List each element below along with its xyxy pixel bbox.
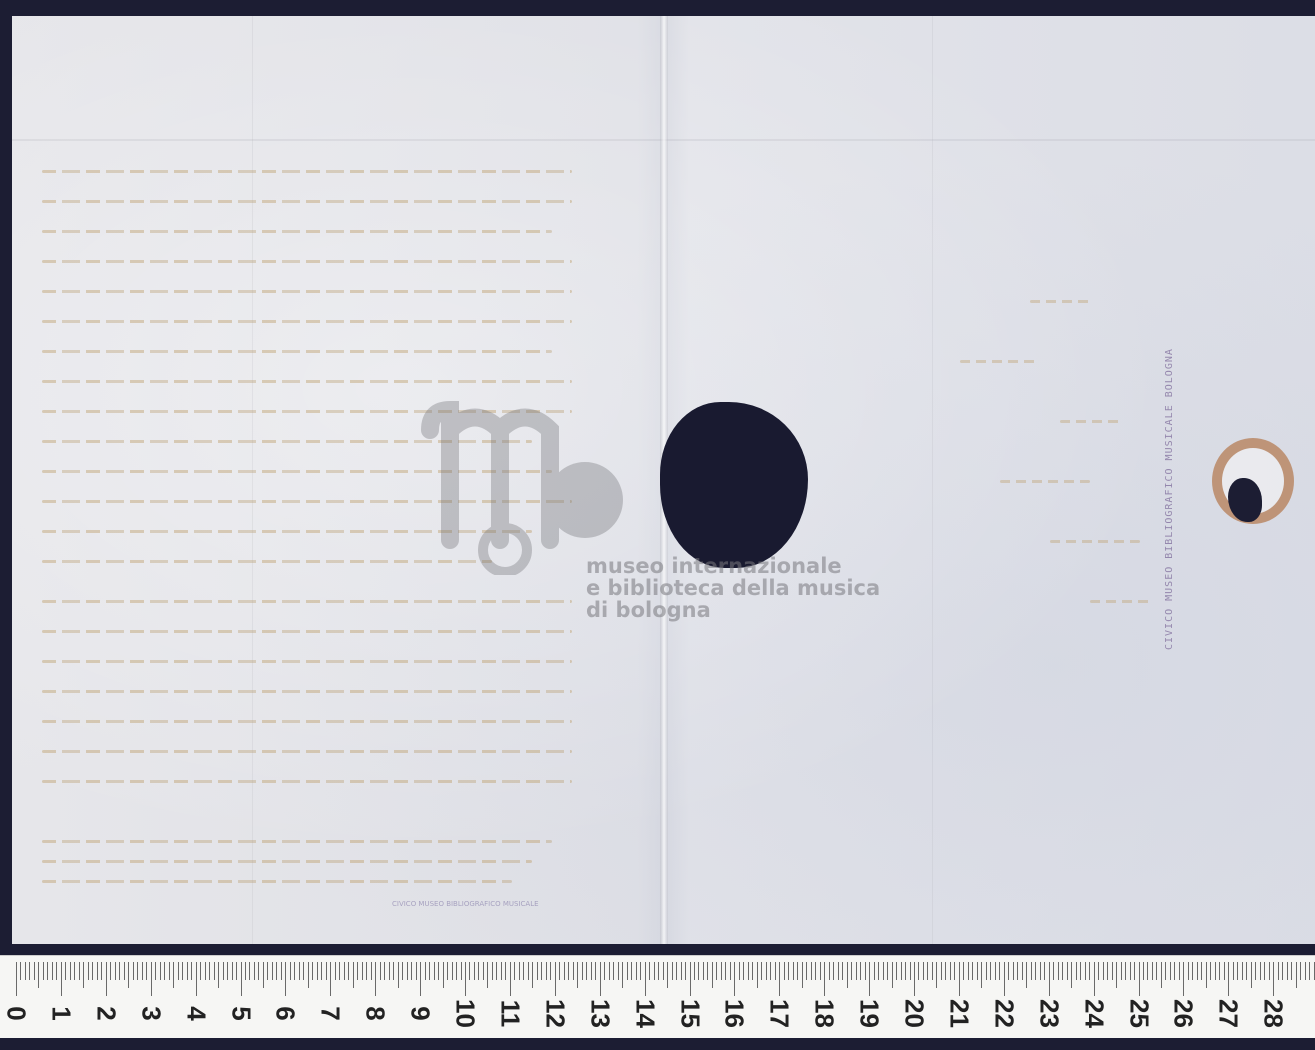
ruler-tick	[1022, 962, 1023, 980]
ruler-tick	[402, 962, 403, 980]
script-line	[42, 260, 572, 263]
ruler-tick	[1152, 962, 1153, 980]
ruler-tick	[694, 962, 695, 980]
ruler-tick	[1161, 962, 1162, 988]
ruler-tick	[276, 962, 277, 980]
ruler-tick	[663, 962, 664, 980]
ruler-tick	[353, 962, 354, 988]
ruler-number: 14	[629, 994, 660, 1034]
measurement-ruler: 0123456789101112131415161718192021222324…	[0, 955, 1315, 1038]
ruler-tick	[465, 962, 466, 996]
ruler-number: 7	[315, 994, 346, 1034]
ruler-tick	[1282, 962, 1283, 980]
ruler-tick	[856, 962, 857, 980]
ruler-tick	[1179, 962, 1180, 980]
ruler-tick	[218, 962, 219, 988]
ruler-tick	[483, 962, 484, 980]
address-line	[1050, 540, 1140, 543]
ruler-tick	[896, 962, 897, 980]
ruler-tick	[716, 962, 717, 980]
ruler-tick	[600, 962, 601, 996]
ruler-tick	[1112, 962, 1113, 980]
ruler-tick	[613, 962, 614, 980]
ruler-number: 15	[674, 994, 705, 1034]
ruler-tick	[492, 962, 493, 980]
ruler-tick	[860, 962, 861, 980]
ruler-tick	[258, 962, 259, 980]
ruler-number: 13	[584, 994, 615, 1034]
ruler-tick	[205, 962, 206, 980]
ruler-tick	[730, 962, 731, 980]
library-stamp-bottom: CIVICO MUSEO BIBLIOGRAFICO MUSICALE	[392, 900, 592, 908]
ruler-tick	[294, 962, 295, 980]
ruler-tick	[523, 962, 524, 980]
ruler-tick	[654, 962, 655, 980]
ruler-tick	[92, 962, 93, 980]
ruler-tick	[793, 962, 794, 980]
ruler-tick	[312, 962, 313, 980]
ruler-tick	[833, 962, 834, 980]
ruler-tick	[209, 962, 210, 980]
address-line	[1090, 600, 1150, 603]
ruler-tick	[1165, 962, 1166, 980]
ruler-tick	[196, 962, 197, 996]
ruler-tick	[1260, 962, 1261, 980]
ruler-number: 4	[180, 994, 211, 1034]
script-line	[42, 750, 572, 753]
ruler-tick	[932, 962, 933, 980]
ruler-tick	[968, 962, 969, 980]
ruler-tick	[272, 962, 273, 980]
ruler-tick	[182, 962, 183, 980]
ruler-number: 17	[764, 994, 795, 1034]
library-stamp-vertical: CIVICO MUSEO BIBLIOGRAFICO MUSICALE BOLO…	[1164, 370, 1182, 650]
ruler-tick	[959, 962, 960, 996]
script-line	[42, 200, 572, 203]
ruler-number: 24	[1078, 994, 1109, 1034]
script-line	[42, 840, 552, 843]
ruler-tick	[698, 962, 699, 980]
ruler-tick	[806, 962, 807, 980]
ruler-tick	[1053, 962, 1054, 980]
ruler-tick	[514, 962, 515, 980]
ruler-tick	[142, 962, 143, 980]
ruler-tick	[734, 962, 735, 996]
ruler-tick	[1125, 962, 1126, 980]
ruler-tick	[640, 962, 641, 980]
ruler-tick	[151, 962, 152, 996]
ruler-tick	[1291, 962, 1292, 980]
ruler-tick	[577, 962, 578, 988]
ruler-tick	[995, 962, 996, 980]
ruler-tick	[910, 962, 911, 980]
ruler-tick	[227, 962, 228, 980]
ruler-tick	[1103, 962, 1104, 980]
script-line	[42, 660, 572, 663]
ruler-tick	[1116, 962, 1117, 988]
ruler-number: 23	[1033, 994, 1064, 1034]
ruler-tick	[681, 962, 682, 980]
ruler-tick	[241, 962, 242, 996]
ruler-tick	[1076, 962, 1077, 980]
ruler-tick	[496, 962, 497, 980]
ruler-tick	[788, 962, 789, 980]
ruler-tick	[281, 962, 282, 980]
ruler-tick	[29, 962, 30, 980]
ruler-tick	[1300, 962, 1301, 980]
ruler-tick	[752, 962, 753, 980]
ruler-tick	[398, 962, 399, 988]
museum-logo-watermark	[420, 400, 630, 575]
ruler-tick	[591, 962, 592, 980]
ruler-tick	[519, 962, 520, 980]
ruler-tick	[214, 962, 215, 980]
ruler-tick	[945, 962, 946, 980]
ruler-tick	[905, 962, 906, 980]
ruler-tick	[438, 962, 439, 980]
ruler-tick	[851, 962, 852, 980]
ruler-tick	[573, 962, 574, 980]
script-line	[42, 780, 572, 783]
ruler-tick	[34, 962, 35, 980]
ruler-tick	[173, 962, 174, 988]
ruler-tick	[38, 962, 39, 988]
ruler-tick	[954, 962, 955, 980]
ruler-tick	[1143, 962, 1144, 980]
address-line	[1000, 480, 1090, 483]
address-line	[1060, 420, 1120, 423]
ruler-tick	[1134, 962, 1135, 980]
ruler-tick	[564, 962, 565, 980]
ruler-tick	[1035, 962, 1036, 980]
ruler-tick	[1067, 962, 1068, 980]
ruler-tick	[739, 962, 740, 980]
ruler-tick	[1246, 962, 1247, 980]
ruler-tick	[380, 962, 381, 980]
ruler-tick	[326, 962, 327, 980]
ruler-tick	[1008, 962, 1009, 980]
ruler-tick	[595, 962, 596, 980]
script-line	[42, 600, 572, 603]
ruler-tick	[1237, 962, 1238, 980]
ruler-tick	[164, 962, 165, 980]
ruler-tick	[245, 962, 246, 980]
ruler-tick	[1049, 962, 1050, 996]
ruler-tick	[61, 962, 62, 996]
ruler-tick	[1040, 962, 1041, 980]
ruler-tick	[981, 962, 982, 988]
ruler-tick	[887, 962, 888, 980]
ruler-tick	[690, 962, 691, 996]
ruler-number: 1	[45, 994, 76, 1034]
ruler-tick	[106, 962, 107, 996]
ruler-tick	[339, 962, 340, 980]
ruler-tick	[452, 962, 453, 980]
ruler-tick	[285, 962, 286, 996]
ruler-tick	[883, 962, 884, 980]
script-line	[42, 380, 572, 383]
ruler-tick	[627, 962, 628, 980]
ruler-tick	[869, 962, 870, 996]
ruler-tick	[622, 962, 623, 988]
ruler-tick	[308, 962, 309, 988]
ruler-number: 26	[1168, 994, 1199, 1034]
ruler-tick	[119, 962, 120, 980]
ruler-tick	[115, 962, 116, 980]
ruler-tick	[721, 962, 722, 980]
ruler-tick	[743, 962, 744, 980]
ruler-number: 20	[899, 994, 930, 1034]
ruler-tick	[461, 962, 462, 980]
ruler-tick	[1062, 962, 1063, 980]
ruler-tick	[348, 962, 349, 980]
ruler-tick	[999, 962, 1000, 980]
ruler-tick	[604, 962, 605, 980]
ruler-tick	[1251, 962, 1252, 988]
ruler-tick	[672, 962, 673, 980]
ruler-tick	[1121, 962, 1122, 980]
script-line	[42, 290, 572, 293]
ruler-tick	[770, 962, 771, 980]
ruler-tick	[187, 962, 188, 980]
ruler-tick	[847, 962, 848, 988]
ruler-number: 6	[270, 994, 301, 1034]
ruler-tick	[1296, 962, 1297, 988]
ruler-tick	[1287, 962, 1288, 980]
ruler-tick	[559, 962, 560, 980]
ruler-tick	[366, 962, 367, 980]
ruler-number: 8	[360, 994, 391, 1034]
ruler-tick	[757, 962, 758, 988]
ruler-tick	[478, 962, 479, 980]
ruler-number: 18	[809, 994, 840, 1034]
ruler-tick	[541, 962, 542, 980]
ruler-tick	[609, 962, 610, 980]
ruler-tick	[766, 962, 767, 980]
ruler-tick	[290, 962, 291, 980]
ruler-tick	[124, 962, 125, 980]
ruler-tick	[838, 962, 839, 980]
ruler-tick	[434, 962, 435, 980]
ruler-number: 16	[719, 994, 750, 1034]
ruler-tick	[83, 962, 84, 988]
address-line	[1030, 300, 1090, 303]
ruler-tick	[1017, 962, 1018, 980]
ruler-tick	[977, 962, 978, 980]
ruler-tick	[155, 962, 156, 980]
ruler-tick	[420, 962, 421, 996]
ruler-tick	[986, 962, 987, 980]
ruler-tick	[1197, 962, 1198, 980]
ruler-tick	[110, 962, 111, 980]
ruler-tick	[914, 962, 915, 996]
ruler-tick	[146, 962, 147, 980]
ruler-tick	[1278, 962, 1279, 980]
ruler-tick	[1305, 962, 1306, 980]
ruler-tick	[784, 962, 785, 980]
ruler-tick	[761, 962, 762, 980]
ruler-tick	[1309, 962, 1310, 980]
ruler-tick	[97, 962, 98, 980]
watermark-line-3: di bologna	[586, 599, 880, 621]
ruler-number: 10	[450, 994, 481, 1034]
ruler-tick	[1098, 962, 1099, 980]
ruler-tick	[456, 962, 457, 980]
ruler-tick	[1031, 962, 1032, 980]
ruler-tick	[775, 962, 776, 980]
ruler-tick	[1242, 962, 1243, 980]
script-line	[42, 720, 572, 723]
ruler-tick	[1130, 962, 1131, 980]
ruler-number: 22	[988, 994, 1019, 1034]
ruler-tick	[303, 962, 304, 980]
ruler-tick	[1215, 962, 1216, 980]
ruler-tick	[963, 962, 964, 980]
ruler-number: 9	[405, 994, 436, 1034]
ruler-tick	[923, 962, 924, 980]
ruler-tick	[972, 962, 973, 980]
ruler-tick	[1269, 962, 1270, 980]
ruler-tick	[101, 962, 102, 980]
ruler-tick	[335, 962, 336, 980]
ruler-tick	[712, 962, 713, 988]
ruler-tick	[649, 962, 650, 980]
ruler-tick	[748, 962, 749, 980]
ruler-tick	[393, 962, 394, 980]
ruler-tick	[676, 962, 677, 980]
ruler-tick	[815, 962, 816, 980]
ruler-tick	[1107, 962, 1108, 980]
ruler-tick	[1314, 962, 1315, 980]
ruler-tick	[487, 962, 488, 988]
ruler-tick	[375, 962, 376, 996]
ruler-tick	[65, 962, 66, 980]
script-line	[42, 320, 572, 323]
ruler-tick	[52, 962, 53, 980]
ruler-tick	[941, 962, 942, 980]
script-line	[42, 630, 572, 633]
ruler-tick	[990, 962, 991, 980]
ruler-tick	[443, 962, 444, 988]
ruler-tick	[802, 962, 803, 988]
ruler-tick	[20, 962, 21, 980]
ruler-tick	[927, 962, 928, 980]
ruler-tick	[70, 962, 71, 980]
ruler-tick	[416, 962, 417, 980]
ruler-tick	[200, 962, 201, 980]
ruler-tick	[47, 962, 48, 980]
ruler-tick	[357, 962, 358, 980]
script-line	[42, 350, 552, 353]
ruler-tick	[550, 962, 551, 980]
ruler-tick	[842, 962, 843, 980]
ruler-tick	[1089, 962, 1090, 980]
ruler-tick	[236, 962, 237, 980]
ruler-tick	[407, 962, 408, 980]
ruler-tick	[371, 962, 372, 980]
ruler-tick	[537, 962, 538, 980]
ruler-tick	[707, 962, 708, 980]
script-line	[42, 170, 572, 173]
crease	[932, 16, 933, 944]
ruler-tick	[1233, 962, 1234, 980]
ruler-tick	[1183, 962, 1184, 996]
ruler-tick	[263, 962, 264, 988]
ruler-tick	[667, 962, 668, 988]
ruler-tick	[892, 962, 893, 988]
ruler-tick	[321, 962, 322, 980]
ruler-tick	[878, 962, 879, 980]
ruler-tick	[411, 962, 412, 980]
ruler-tick	[429, 962, 430, 980]
ruler-tick	[555, 962, 556, 996]
ruler-tick	[474, 962, 475, 980]
ruler-tick	[546, 962, 547, 980]
ruler-tick	[344, 962, 345, 980]
ruler-tick	[505, 962, 506, 980]
script-line	[42, 690, 572, 693]
ruler-tick	[384, 962, 385, 980]
ruler-tick	[330, 962, 331, 996]
ruler-tick	[43, 962, 44, 980]
ruler-tick	[586, 962, 587, 980]
ruler-tick	[1255, 962, 1256, 980]
ruler-tick	[658, 962, 659, 980]
ruler-tick	[685, 962, 686, 980]
ruler-tick	[1219, 962, 1220, 980]
ruler-tick	[820, 962, 821, 980]
ruler-tick	[1273, 962, 1274, 996]
ruler-tick	[447, 962, 448, 980]
ruler-tick	[1094, 962, 1095, 996]
ruler-number: 19	[854, 994, 885, 1034]
ruler-tick	[1071, 962, 1072, 988]
ruler-tick	[1224, 962, 1225, 980]
ruler-tick	[299, 962, 300, 980]
ruler-tick	[79, 962, 80, 980]
ruler-tick	[178, 962, 179, 980]
ruler-tick	[267, 962, 268, 980]
address-line	[960, 360, 1040, 363]
ruler-tick	[582, 962, 583, 980]
ruler-tick	[1026, 962, 1027, 988]
ruler-tick	[1264, 962, 1265, 980]
ruler-tick	[1058, 962, 1059, 980]
ruler-tick	[1210, 962, 1211, 980]
ruler-tick	[532, 962, 533, 988]
ruler-tick	[636, 962, 637, 980]
ruler-tick	[1004, 962, 1005, 996]
ruler-number: 28	[1258, 994, 1289, 1034]
seal-tear-hole	[660, 402, 808, 568]
ruler-tick	[1228, 962, 1229, 996]
ruler-tick	[1139, 962, 1140, 996]
ruler-tick	[128, 962, 129, 988]
ruler-tick	[1080, 962, 1081, 980]
ruler-tick	[1147, 962, 1148, 980]
watermark-line-2: e biblioteca della musica	[586, 577, 880, 599]
ruler-tick	[160, 962, 161, 980]
ruler-tick	[824, 962, 825, 996]
ruler-tick	[169, 962, 170, 980]
ruler-tick	[528, 962, 529, 980]
ruler-tick	[811, 962, 812, 980]
ruler-tick	[779, 962, 780, 996]
ruler-tick	[232, 962, 233, 980]
ruler-tick	[137, 962, 138, 980]
ruler-tick	[829, 962, 830, 980]
ruler-number: 0	[1, 994, 32, 1034]
